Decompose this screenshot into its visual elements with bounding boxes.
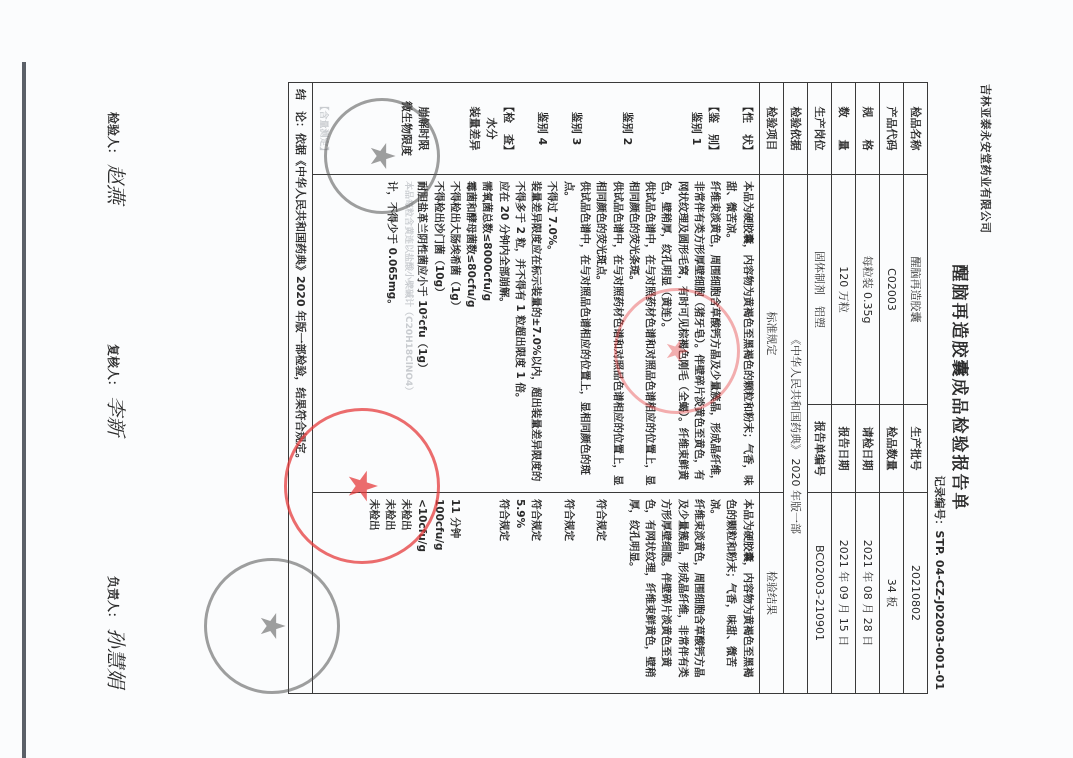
row-basis: 检验依据 《中华人民共和国药典》 2020 年版一部 <box>783 83 807 694</box>
res-id4: 符合规定 <box>528 499 544 687</box>
std-moisture: 不得过 7.0%。 <box>544 181 560 486</box>
star-icon: ★ <box>252 611 292 641</box>
grey-seal-stamp-top: ★ <box>324 98 440 214</box>
std-weight-variation: 装量差异限度应在标示装量的±7.0%以内，超出装量差异限度的不得多于 2 粒，并… <box>512 181 545 486</box>
label-position: 生产岗位 <box>807 83 831 175</box>
value-code: C02003 <box>879 175 903 405</box>
value-quantity: 120 万粒 <box>831 175 855 405</box>
row-code: 产品代码 C02003 检品数量 34 板 <box>879 83 903 694</box>
reviewer-signature: 李新 <box>104 396 128 436</box>
label-code: 产品代码 <box>879 83 903 175</box>
std-micro-1: 需氧菌总数≤8000cfu/g <box>479 181 495 486</box>
label-report-date: 报告日期 <box>831 405 855 493</box>
manager-signature: 孙慧娟 <box>104 628 128 688</box>
reviewer: 复核人：李新 <box>103 344 132 436</box>
item-moisture: 水分 <box>483 89 500 168</box>
label-basis: 检验依据 <box>783 83 807 175</box>
label-quantity: 数 量 <box>831 83 855 175</box>
record-number: 记录编号：STP. 04-CZ-J02003-001-01 <box>932 475 948 690</box>
res-id3: 符合规定 <box>560 499 576 687</box>
header-result: 检验结果 <box>759 493 783 694</box>
reviewer-label: 复核人： <box>106 344 120 392</box>
value-position: 固体制剂 铝塑 <box>807 175 831 405</box>
grey-seal-stamp: ★ <box>204 558 340 694</box>
value-report-no: BC02003-210901 <box>807 493 831 694</box>
signature-area: 检验人：赵燕 复核人：李新 负责人：孙慧娟 <box>102 82 132 698</box>
item-identification: 【鉴 别】 <box>705 89 722 168</box>
manager-label: 负责人： <box>106 576 120 624</box>
res-micro-1: 100cfu/g <box>430 499 446 687</box>
value-basis: 《中华人民共和国药典》 2020 年版一部 <box>783 175 807 694</box>
res-id2: 符合规定 <box>593 499 609 687</box>
std-micro-2: 霉菌和酵母菌数≤80cfu/g <box>463 181 479 486</box>
row-headers: 检验项目 标准规定 检验结果 <box>759 83 783 694</box>
star-icon: ★ <box>362 141 402 171</box>
item-id3: 鉴别 3 <box>568 89 585 168</box>
item-id1: 鉴别 1 <box>687 89 704 168</box>
std-id4: 供试品色谱中，在与对照品色谱相应的位置上，显相同颜色的斑点。 <box>560 181 593 486</box>
inspector: 检验人：赵燕 <box>103 112 132 204</box>
inspector-label: 检验人： <box>106 112 120 160</box>
label-report-no: 报告单编号 <box>807 405 831 493</box>
label-request-date: 请检日期 <box>855 405 879 493</box>
label-batch: 生产批号 <box>903 405 927 493</box>
scanner-edge <box>22 62 26 758</box>
std-disintegration: 应在 20 分钟内全部崩解。 <box>495 181 511 486</box>
company-name: 吉林亚泰永安堂药业有限公司 <box>978 84 994 234</box>
res-properties: 本品为硬胶囊，内容物为黄褐色至黑褐色的颗粒和粉末；气香，味甜、微苦凉。 <box>707 499 756 687</box>
res-id1: 纤维束淡黄色，周围细胞含草酸钙方晶及少量簇晶，形成晶纤维，非常伴有类方形厚壁细胞… <box>626 499 707 687</box>
red-stamp-faint: ★ <box>614 288 740 414</box>
red-quality-stamp: ★ <box>284 408 440 564</box>
item-properties: 【性 状】 <box>739 89 756 168</box>
row-product: 检品名称 醒脑再造胶囊 生产批号 20210802 <box>903 83 927 694</box>
value-spec: 每粒装 0.35g <box>855 175 879 405</box>
label-product-name: 检品名称 <box>903 83 927 175</box>
item-id2: 鉴别 2 <box>619 89 636 168</box>
value-product-name: 醒脑再造胶囊 <box>903 175 927 405</box>
item-weight-variation: 装量差异 <box>466 89 483 168</box>
row-position: 生产岗位 固体制剂 铝塑 报告单编号 BC02003-210901 <box>807 83 831 694</box>
inspector-signature: 赵燕 <box>104 164 128 204</box>
header-standard: 标准规定 <box>759 175 783 493</box>
value-request-date: 2021 年 08 月 28 日 <box>855 493 879 694</box>
res-disintegration: 11 分钟 <box>447 499 463 687</box>
star-icon: ★ <box>660 338 695 365</box>
value-report-date: 2021 年 09 月 15 日 <box>831 493 855 694</box>
item-id4: 鉴别 4 <box>534 89 551 168</box>
row-quantity: 数 量 120 万粒 报告日期 2021 年 09 月 15 日 <box>831 83 855 694</box>
std-micro-3: 不得检出大肠埃希菌（1g） <box>447 181 463 486</box>
res-moisture: 5.9% <box>512 499 528 687</box>
value-batch: 20210802 <box>903 493 927 694</box>
item-inspection: 【检 查】 <box>500 89 517 168</box>
res-weight-variation: 符合规定 <box>495 499 511 687</box>
label-spec: 规 格 <box>855 83 879 175</box>
value-sample-qty: 34 板 <box>879 493 903 694</box>
inspection-report-page: 吉林亚泰永安堂药业有限公司 醒脑再造胶囊成品检验报告单 记录编号：STP. 04… <box>100 78 1000 698</box>
header-item: 检验项目 <box>759 83 783 175</box>
report-title: 醒脑再造胶囊成品检验报告单 <box>949 78 974 698</box>
label-sample-qty: 检品数量 <box>879 405 903 493</box>
row-spec: 规 格 每粒装 0.35g 请检日期 2021 年 08 月 28 日 <box>855 83 879 694</box>
star-icon: ★ <box>339 468 385 504</box>
std-micro-4: 不得检出沙门菌（10g） <box>430 181 446 486</box>
manager: 负责人：孙慧娟 <box>103 576 132 688</box>
